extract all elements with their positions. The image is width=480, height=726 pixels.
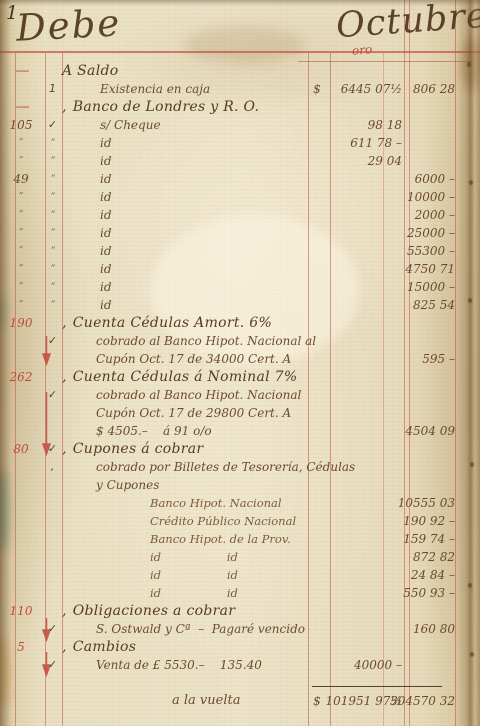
top-shadow [0, 0, 480, 6]
entry-description: id [62, 134, 362, 152]
ledger-row: 49”id6000 – [0, 170, 480, 188]
amount-column-2: 55300 – [380, 242, 455, 260]
ledger-row: Banco Hipot. Nacional10555 03 [0, 494, 480, 512]
entry-description: id [62, 224, 362, 242]
entry-description: $ 4505.– á 91 o/o [62, 422, 358, 440]
entry-description: S. Ostwald y Cª – Pagaré vencido [62, 620, 358, 638]
ledger-row: ””id29 04 [0, 152, 480, 170]
entry-description: ,Obligaciones a cobrar [62, 602, 324, 620]
amount-column-1: 98 18 [322, 116, 402, 134]
entry-description: id id [62, 584, 412, 602]
entry-description: id [62, 296, 362, 314]
entry-prefix-mark: , [62, 639, 67, 655]
entry-description: id [62, 206, 362, 224]
posting-check: ” [44, 170, 61, 188]
ledger-row: ””id2000 – [0, 206, 480, 224]
entry-description: id [62, 242, 362, 260]
ledger-row: 110,Obligaciones a cobrar [0, 602, 480, 620]
page-fold-edge [455, 0, 480, 726]
ledger-row: —A Saldo [0, 62, 480, 80]
posting-check: ” [44, 188, 61, 206]
currency-note: oro [352, 42, 373, 57]
ledger-row: ””id25000 – [0, 224, 480, 242]
entry-description: id id [62, 548, 412, 566]
entry-description: Cupón Oct. 17 de 34000 Cert. A [62, 350, 358, 368]
amount-column-1: 40000 – [322, 656, 402, 674]
ledger-row: a la vuelta$101951 97½304570 32 [0, 692, 480, 710]
amount-column-2: 159 74 – [380, 530, 455, 548]
posting-check: ” [44, 206, 61, 224]
ledger-page: 1 Debe Octubre oro —A Saldo1Existencia e… [0, 0, 480, 726]
amount-column-2: 550 93 – [380, 584, 455, 602]
amount-column-2: 10555 03 [380, 494, 455, 512]
amount-column-2: 304570 32 [380, 692, 455, 710]
entry-description: cobrado al Banco Hipot. Nacional al [62, 332, 358, 350]
amount-column-2: 6000 – [380, 170, 455, 188]
sum-rule-row [0, 674, 480, 692]
amount-column-1: 29 04 [322, 152, 402, 170]
ledger-row: y Cupones [0, 476, 480, 494]
entry-description: Banco Hipot. de la Prov. [62, 530, 412, 548]
ledger-row: 190,Cuenta Cédulas Amort. 6% [0, 314, 480, 332]
posting-check: ” [44, 260, 61, 278]
amount-column-2: 15000 – [380, 278, 455, 296]
amount-column-1: 611 78 – [322, 134, 402, 152]
amount-column-2: 4750 71 [380, 260, 455, 278]
ledger-row: 1Existencia en caja$6445 07½806 28 [0, 80, 480, 98]
debit-header: Debe [15, 1, 122, 49]
entry-description: id [62, 152, 362, 170]
ledger-row: 262,Cuenta Cédulas á Nominal 7% [0, 368, 480, 386]
ledger-row: ””id55300 – [0, 242, 480, 260]
stitch-dot [468, 298, 472, 303]
stitch-dot [470, 462, 474, 467]
posting-check: ” [44, 134, 61, 152]
amount-column-2: 25000 – [380, 224, 455, 242]
entry-description: id [62, 170, 362, 188]
entry-description: ,Cuenta Cédulas Amort. 6% [62, 314, 324, 332]
posting-check: ✓ [44, 332, 61, 350]
entry-description: y Cupones [62, 476, 358, 494]
ledger-row: ””id611 78 – [0, 134, 480, 152]
posting-check: 1 [44, 80, 61, 98]
amount-column-2: 2000 – [380, 206, 455, 224]
ledger-row: ””id10000 – [0, 188, 480, 206]
ledger-row: ””id825 54 [0, 296, 480, 314]
amount-column-2: 4504 09 [380, 422, 455, 440]
amount-column-2: 190 92 – [380, 512, 455, 530]
ledger-row: ✓cobrado al Banco Hipot. Nacional al [0, 332, 480, 350]
ledger-row: 5,Cambios [0, 638, 480, 656]
entry-prefix-mark: , [62, 603, 67, 619]
amount-column-2: 160 80 [380, 620, 455, 638]
entry-description: id [62, 188, 362, 206]
ledger-row: Banco Hipot. de la Prov.159 74 – [0, 530, 480, 548]
entry-description: id [62, 260, 362, 278]
ledger-row: id id872 82 [0, 548, 480, 566]
entry-prefix-mark: , [62, 441, 67, 457]
ledger-row: ,cobrado por Billetes de Tesorería, Cédu… [0, 458, 480, 476]
amount-column-2: 24 84 – [380, 566, 455, 584]
ledger-row: $ 4505.– á 91 o/o4504 09 [0, 422, 480, 440]
ledger-row: id id24 84 – [0, 566, 480, 584]
ledger-row: 105✓s/ Cheque98 18 [0, 116, 480, 134]
header-rule [0, 51, 480, 53]
ledger-row: ””id15000 – [0, 278, 480, 296]
posting-check: ✓ [44, 116, 61, 134]
ledger-row: Cupón Oct. 17 de 29800 Cert. A [0, 404, 480, 422]
entry-description: Venta de £ 5530.– 135.40 [62, 656, 358, 674]
ledger-row: ✓Venta de £ 5530.– 135.4040000 – [0, 656, 480, 674]
entry-description: ,Cupones á cobrar [62, 440, 324, 458]
stitch-dot [470, 652, 474, 657]
amount-column-2: 806 28 [380, 80, 455, 98]
posting-check: ” [44, 152, 61, 170]
amount-column-2: 595 – [380, 350, 455, 368]
entry-description: cobrado por Billetes de Tesorería, Cédul… [62, 458, 358, 476]
entry-description: Banco Hipot. Nacional [62, 494, 412, 512]
entry-description: A Saldo [62, 62, 324, 80]
posting-check: ✓ [44, 440, 61, 458]
ledger-row: ✓S. Ostwald y Cª – Pagaré vencido160 80 [0, 620, 480, 638]
entry-description: id [62, 278, 362, 296]
ledger-row: Crédito Público Nacional190 92 – [0, 512, 480, 530]
posting-check: ” [44, 242, 61, 260]
stitch-dot [469, 180, 473, 185]
posting-check: ” [44, 278, 61, 296]
ledger-row: id id550 93 – [0, 584, 480, 602]
entry-prefix-mark: , [62, 315, 67, 331]
entry-description: Crédito Público Nacional [62, 512, 412, 530]
stitch-dot [467, 62, 471, 67]
stitch-dot [468, 583, 472, 588]
entry-description: ,Banco de Londres y R. O. [62, 98, 324, 116]
amount-column-2: 10000 – [380, 188, 455, 206]
posting-check: , [44, 458, 61, 476]
entry-description: ,Cuenta Cédulas á Nominal 7% [62, 368, 324, 386]
shade-patch [185, 26, 305, 64]
posting-check: ✓ [44, 620, 61, 638]
entry-description: id id [62, 566, 412, 584]
entry-prefix-mark: , [62, 99, 67, 115]
entry-prefix-mark: , [62, 369, 67, 385]
posting-check: ✓ [44, 656, 61, 674]
posting-check: ” [44, 224, 61, 242]
column-sum-line [312, 686, 442, 687]
amount-column-2: 825 54 [380, 296, 455, 314]
amount-column-2: 872 82 [380, 548, 455, 566]
entry-description: s/ Cheque [62, 116, 362, 134]
entry-description: cobrado al Banco Hipot. Nacional [62, 386, 358, 404]
entry-description: ,Cambios [62, 638, 324, 656]
entry-description: Cupón Oct. 17 de 29800 Cert. A [62, 404, 358, 422]
ledger-row: —,Banco de Londres y R. O. [0, 98, 480, 116]
ledger-row: 80✓,Cupones á cobrar [0, 440, 480, 458]
binding-edge [0, 0, 11, 726]
ledger-row: ””id4750 71 [0, 260, 480, 278]
ledger-row: Cupón Oct. 17 de 34000 Cert. A595 – [0, 350, 480, 368]
posting-check: ” [44, 296, 61, 314]
ledger-row: ✓cobrado al Banco Hipot. Nacional [0, 386, 480, 404]
posting-check: ✓ [44, 386, 61, 404]
